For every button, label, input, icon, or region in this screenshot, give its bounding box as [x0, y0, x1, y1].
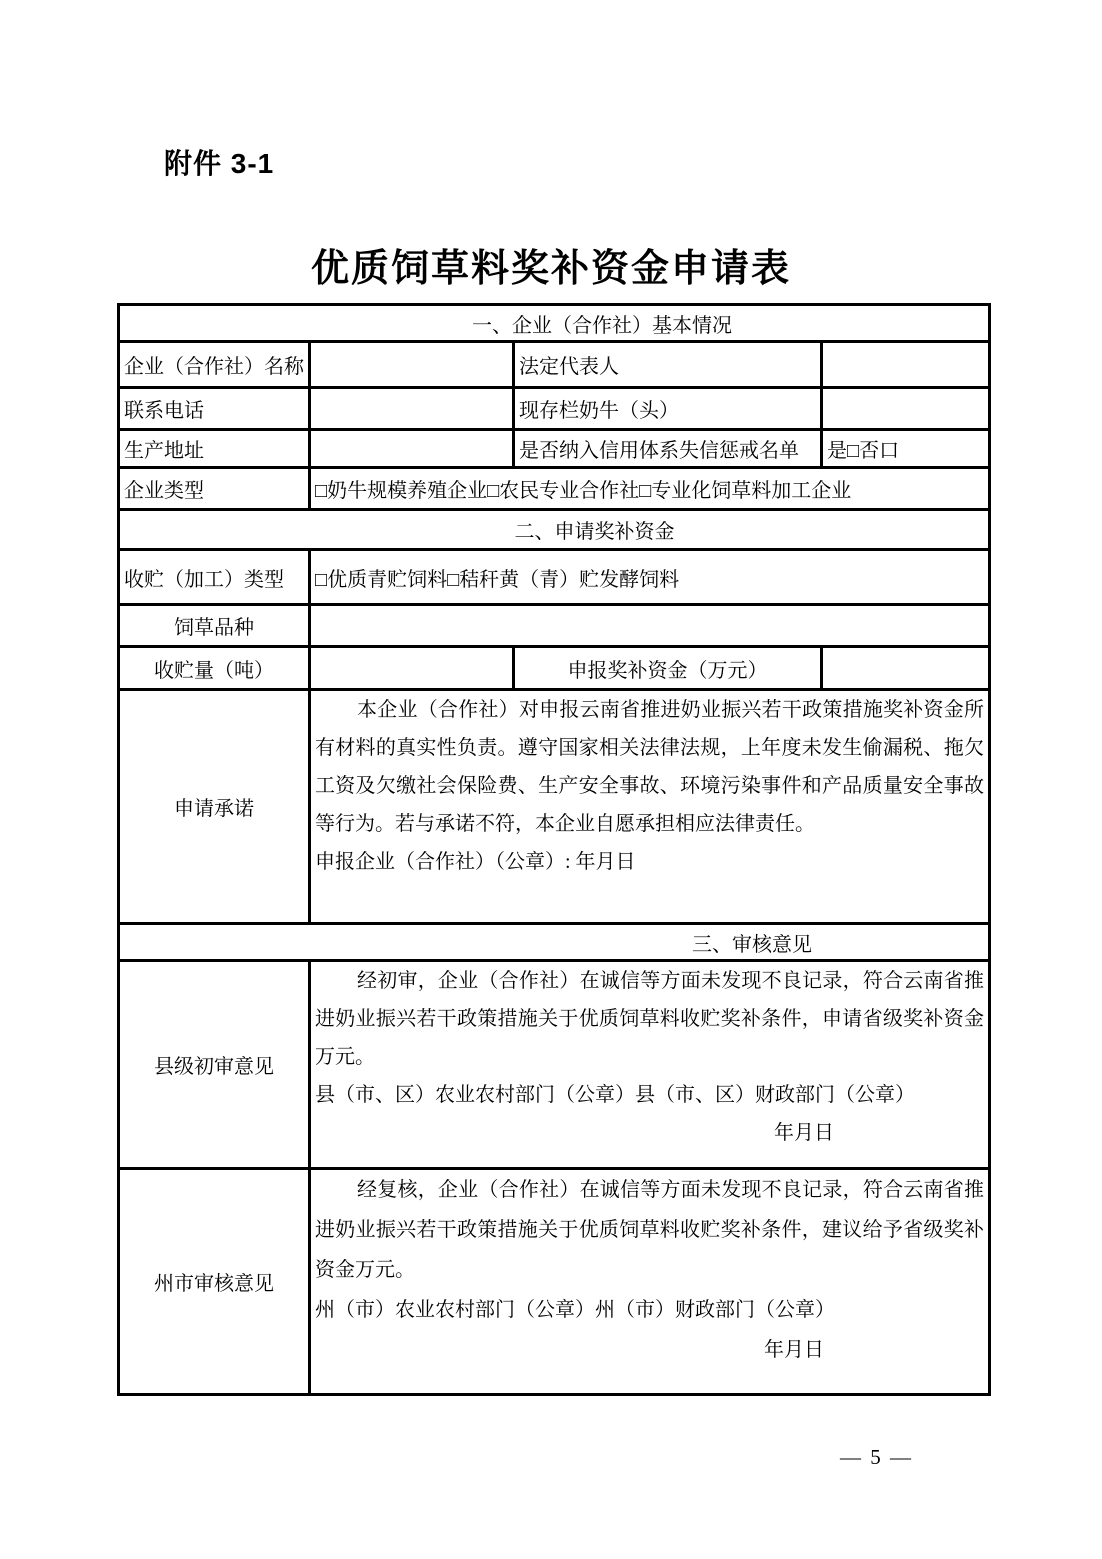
county-review-signature-line: 县（市、区）农业农村部门（公章）县（市、区）财政部门（公章）: [315, 1076, 984, 1114]
forage-variety-label: 饲草品种: [119, 605, 310, 647]
table-row: 联系电话 现存栏奶牛（头）: [119, 388, 990, 430]
attachment-label: 附件 3-1: [164, 142, 274, 182]
table-row: 企业类型 □奶牛规模养殖企业□农民专业合作社□专业化饲草料加工企业: [119, 468, 990, 510]
city-review-date-line: 年月日: [315, 1330, 984, 1370]
section-1-header: 一、企业（合作社）基本情况: [119, 305, 990, 342]
table-row: 生产地址 是否纳入信用体系失信惩戒名单 是□否口: [119, 430, 990, 468]
cow-inventory-field: [822, 388, 990, 430]
table-row: 饲草品种: [119, 605, 990, 647]
company-type-checkboxes: □奶牛规模养殖企业□农民专业合作社□专业化饲草料加工企业: [310, 468, 990, 510]
company-name-label: 企业（合作社）名称: [119, 342, 310, 388]
commitment-text: 本企业（合作社）对申报云南省推进奶业振兴若干政策措施奖补资金所有材料的真实性负责…: [315, 691, 984, 843]
company-type-label: 企业类型: [119, 468, 310, 510]
storage-amount-label: 收贮量（吨）: [119, 647, 310, 690]
address-label: 生产地址: [119, 430, 310, 468]
commitment-signature-line: 申报企业（合作社）（公章）: 年月日: [315, 843, 984, 881]
table-row: 一、企业（合作社）基本情况: [119, 305, 990, 342]
table-row: 三、审核意见: [119, 924, 990, 961]
phone-field: [310, 388, 514, 430]
address-field: [310, 430, 514, 468]
county-review-date-line: 年月日: [315, 1114, 984, 1152]
table-row: 收贮量（吨） 申报奖补资金（万元）: [119, 647, 990, 690]
table-row: 州市审核意见 经复核，企业（合作社）在诚信等方面未发现不良记录，符合云南省推进奶…: [119, 1169, 990, 1395]
subsidy-amount-field: [822, 647, 990, 690]
subsidy-amount-label: 申报奖补资金（万元）: [514, 647, 822, 690]
storage-type-label: 收贮（加工）类型: [119, 550, 310, 605]
county-review-label: 县级初审意见: [119, 961, 310, 1169]
section-2-header: 二、申请奖补资金: [119, 510, 990, 550]
city-review-label: 州市审核意见: [119, 1169, 310, 1395]
commitment-cell: 本企业（合作社）对申报云南省推进奶业振兴若干政策措施奖补资金所有材料的真实性负责…: [310, 690, 990, 924]
city-review-text: 经复核，企业（合作社）在诚信等方面未发现不良记录，符合云南省推进奶业振兴若干政策…: [315, 1170, 984, 1290]
table-row: 企业（合作社）名称 法定代表人: [119, 342, 990, 388]
forage-variety-field: [310, 605, 990, 647]
page-number: — 5 —: [840, 1445, 913, 1470]
page-title: 优质饲草料奖补资金申请表: [0, 247, 1102, 291]
county-review-cell: 经初审，企业（合作社）在诚信等方面未发现不良记录，符合云南省推进奶业振兴若干政策…: [310, 961, 990, 1169]
table-row: 收贮（加工）类型 □优质青贮饲料□秸秆黄（青）贮发酵饲料: [119, 550, 990, 605]
credit-blacklist-checkboxes: 是□否口: [822, 430, 990, 468]
storage-amount-field: [310, 647, 514, 690]
city-review-cell: 经复核，企业（合作社）在诚信等方面未发现不良记录，符合云南省推进奶业振兴若干政策…: [310, 1169, 990, 1395]
storage-type-checkboxes: □优质青贮饲料□秸秆黄（青）贮发酵饲料: [310, 550, 990, 605]
company-name-field: [310, 342, 514, 388]
legal-rep-label: 法定代表人: [514, 342, 822, 388]
phone-label: 联系电话: [119, 388, 310, 430]
credit-blacklist-label: 是否纳入信用体系失信惩戒名单: [514, 430, 822, 468]
legal-rep-field: [822, 342, 990, 388]
city-review-signature-line: 州（市）农业农村部门（公章）州（市）财政部门（公章）: [315, 1290, 984, 1330]
table-row: 申请承诺 本企业（合作社）对申报云南省推进奶业振兴若干政策措施奖补资金所有材料的…: [119, 690, 990, 924]
table-row: 县级初审意见 经初审，企业（合作社）在诚信等方面未发现不良记录，符合云南省推进奶…: [119, 961, 990, 1169]
county-review-text: 经初审，企业（合作社）在诚信等方面未发现不良记录，符合云南省推进奶业振兴若干政策…: [315, 962, 984, 1076]
section-3-header: 三、审核意见: [119, 924, 990, 961]
table-row: 二、申请奖补资金: [119, 510, 990, 550]
cow-inventory-label: 现存栏奶牛（头）: [514, 388, 822, 430]
application-form-table: 一、企业（合作社）基本情况 企业（合作社）名称 法定代表人 联系电话 现存栏奶牛…: [117, 303, 991, 1396]
commitment-label: 申请承诺: [119, 690, 310, 924]
